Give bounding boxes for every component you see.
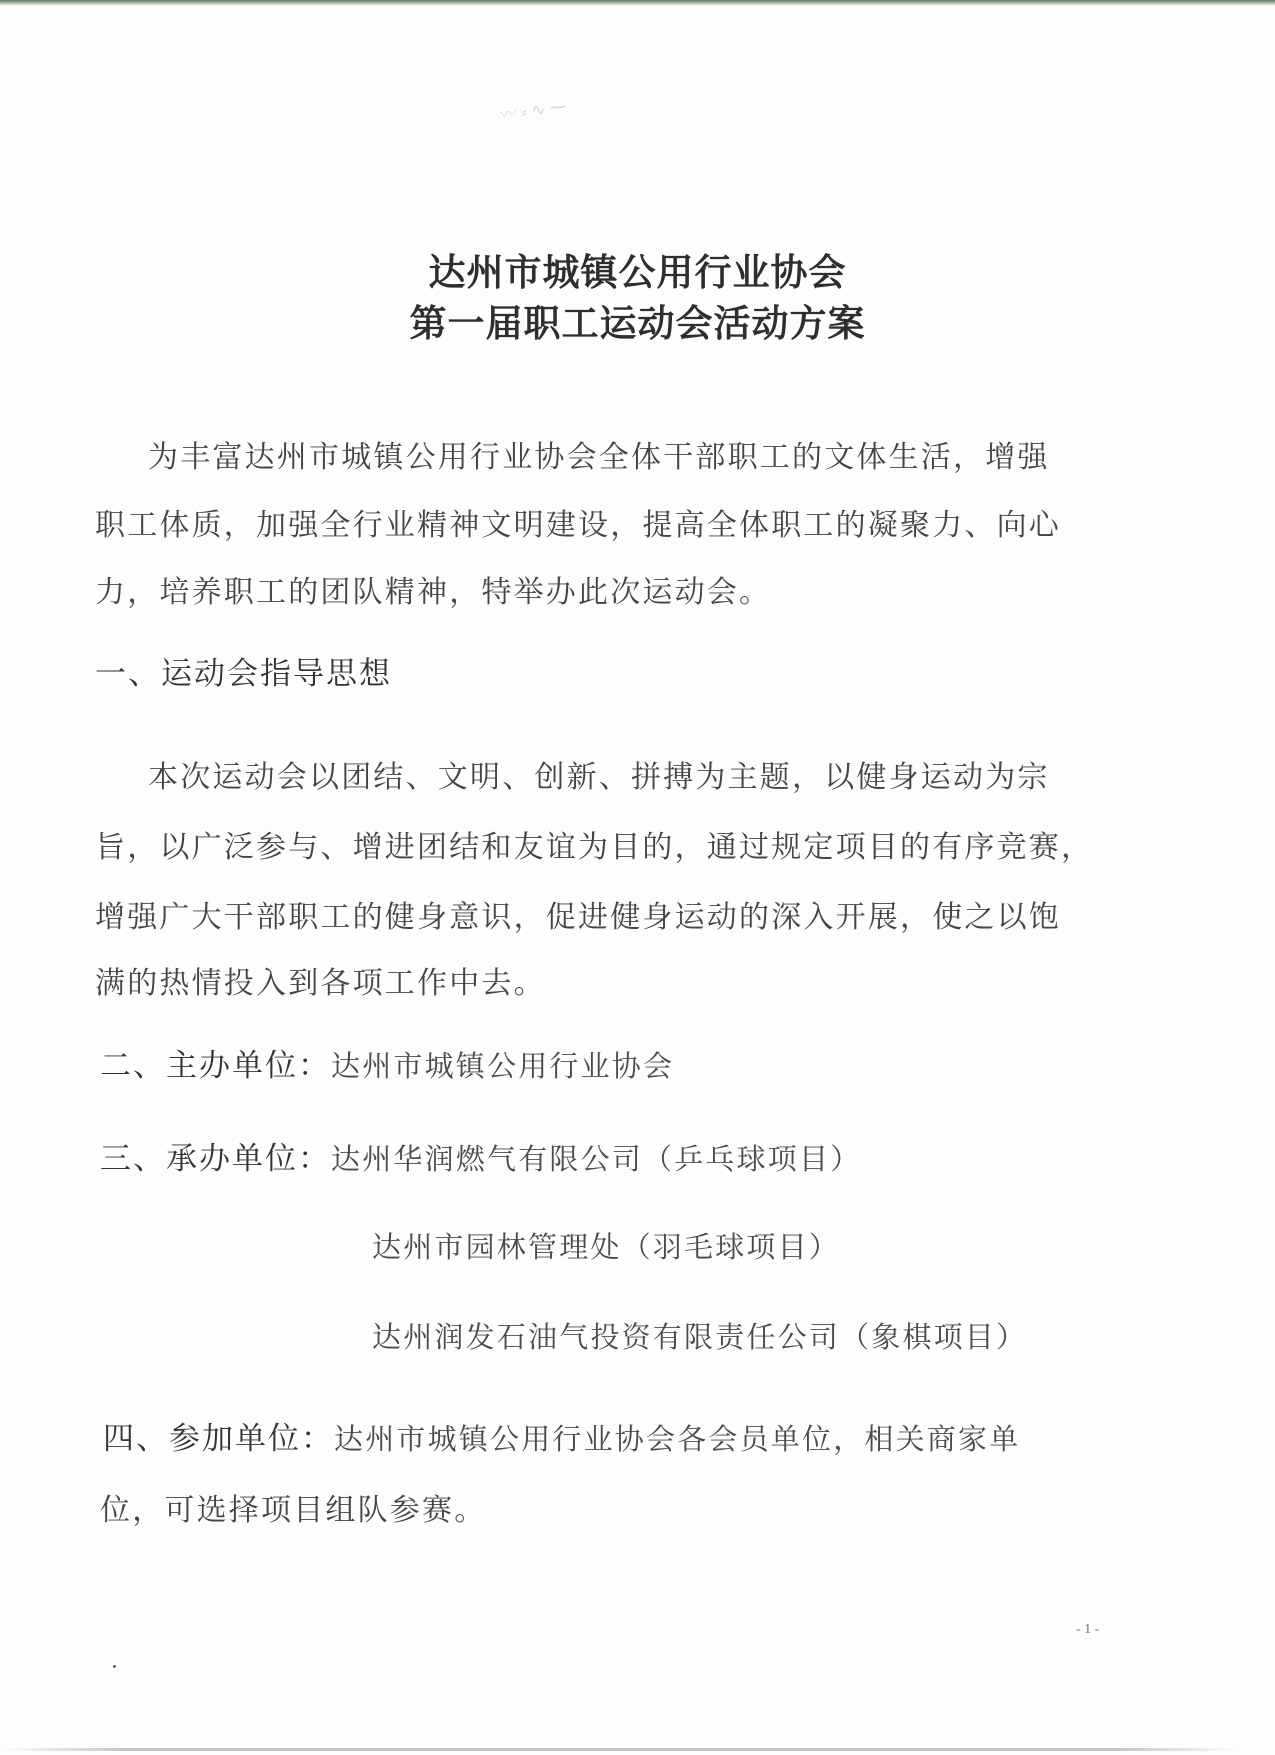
section-4-label: 四、参加单位：	[103, 1421, 334, 1457]
section-1-heading: 一、运动会指导思想	[95, 648, 392, 693]
document-title-line-2: 第一届职工运动会活动方案	[0, 293, 1275, 347]
section-2-heading: 二、主办单位：达州市城镇公用行业协会	[100, 1040, 674, 1085]
section-1-line-3: 增强广大干部职工的健身意识，促进健身运动的深入开展，使之以饱	[95, 892, 1061, 936]
section-3-row-2: 达州市园林管理处（羽毛球项目）	[372, 1225, 840, 1266]
faint-handwriting-mark: 〰 ⸗ ∿ ⁓	[499, 58, 821, 142]
scan-speck	[113, 1665, 116, 1668]
section-4-continuation: 位，可选择项目组队参赛。	[100, 1485, 486, 1529]
section-1-line-2: 旨，以广泛参与、增进团结和友谊为目的，通过规定项目的有序竞赛，	[95, 822, 1093, 866]
section-1-line-4: 满的热情投入到各项工作中去。	[95, 958, 546, 1002]
section-3-value-2: 达州市园林管理处（羽毛球项目）	[372, 1230, 840, 1264]
intro-line-2: 职工体质，加强全行业精神文明建设，提高全体职工的凝聚力、向心	[95, 500, 1061, 544]
section-4-value: 达州市城镇公用行业协会各会员单位，相关商家单	[334, 1422, 1020, 1456]
section-4-heading: 四、参加单位：达州市城镇公用行业协会各会员单位，相关商家单	[103, 1413, 1020, 1458]
section-3-value-3: 达州润发石油气投资有限责任公司（象棋项目）	[372, 1320, 1027, 1354]
section-1-line-1: 本次运动会以团结、文明、创新、拼搏为主题，以健身运动为宗	[148, 752, 1050, 796]
section-3-label: 三、承办单位：	[100, 1141, 331, 1177]
section-3-value-1: 达州华润燃气有限公司（乒乓球项目）	[331, 1142, 861, 1176]
section-2-value: 达州市城镇公用行业协会	[331, 1049, 674, 1083]
intro-line-1: 为丰富达州市城镇公用行业协会全体干部职工的文体生活，增强	[148, 432, 1050, 476]
section-2-label: 二、主办单位：	[100, 1048, 331, 1084]
document-title-line-1: 达州市城镇公用行业协会	[0, 242, 1275, 296]
scan-bottom-edge	[0, 1748, 1240, 1751]
section-3-row-3: 达州润发石油气投资有限责任公司（象棋项目）	[372, 1315, 1027, 1356]
section-3-heading: 三、承办单位：达州华润燃气有限公司（乒乓球项目）	[100, 1133, 861, 1178]
scan-top-edge	[0, 0, 1275, 6]
intro-line-3: 力，培养职工的团队精神，特举办此次运动会。	[95, 567, 771, 611]
page-number: - 1 -	[1076, 1622, 1099, 1638]
